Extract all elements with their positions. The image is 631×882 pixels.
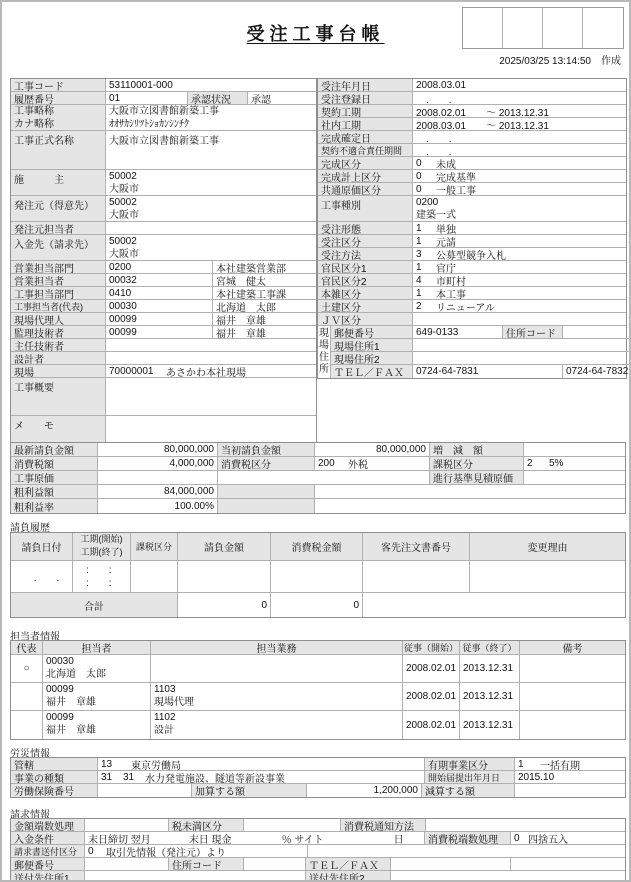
memo-label: メ モ: [11, 416, 106, 443]
stamp-box: [503, 8, 543, 48]
shouhizei-kubun-code: 200: [318, 458, 348, 469]
field-hacchuumoto-tantou: 発注元担当者: [11, 222, 316, 235]
soufu-fax-value: [511, 858, 625, 870]
field-keijou-kubun: 完成計上区分 0完成基準: [318, 170, 626, 183]
kana-ryakushou-value: ｵｵｻｶｼﾘﾂﾄｼｮｶﾝｼﾝﾁｸ: [106, 118, 316, 131]
yuuki-jigyou-code: 1: [518, 759, 540, 770]
eigyou-tantou-name: 宮城 健太: [213, 274, 316, 286]
arari-ritsu-value: 100.00%: [98, 499, 218, 513]
arari-gaku-value: 84,000,000: [98, 485, 218, 498]
genba-juusho-2-value: [413, 352, 631, 364]
tantousha-header-daihyou: 代表: [11, 641, 43, 654]
kouji-bumon-code: 0410: [106, 287, 213, 299]
field-eigyou-tantou: 営業担当者 00032 宮城 健太: [11, 274, 316, 287]
tantousha-row: ○ 00030 北海道 太郎 2008.02.01 2013.12.31: [11, 655, 625, 683]
memo-value: [106, 416, 316, 443]
kanri-gijutsusha-name: 福井 章雄: [213, 326, 316, 338]
genba-juusho-code-value: [563, 326, 631, 338]
kazei-kubun-value: 25%: [524, 457, 625, 470]
field-kanmin-kubun-1: 官民区分1 1官庁: [318, 261, 626, 274]
field-genba-telfax: ＴＥＬ／ＦＡＸ 0724-64-7831 0724-64-7832: [331, 365, 631, 378]
kanri-gijutsusha-code: 00099: [106, 326, 213, 338]
seikyuu-row-4: 郵便番号 住所コード ＴＥＬ／ＦＡＸ: [11, 858, 625, 871]
ukeoi-empty-kingaku: [178, 561, 271, 592]
tantousha-person: 00099 福井 章雄: [43, 711, 151, 739]
amounts-row3-spacer: [218, 471, 430, 484]
kansei-kakutei-label: 完成確定日: [318, 131, 413, 143]
kazei-kubun-code: 2: [527, 458, 549, 469]
juchuu-houhou-label: 受注方法: [318, 248, 413, 260]
juchuu-keitai-label: 受注形態: [318, 222, 413, 234]
tousho-ukeoi-value: 80,000,000: [315, 443, 430, 456]
field-genba-juusho-2: 現場住所2: [331, 352, 631, 365]
shouhizei-tsuuchi-label: 消費税通知方法: [341, 819, 426, 831]
arari-gaku-label: 粗利益額: [11, 485, 98, 498]
tantousha-end: 2013.12.31: [460, 711, 520, 739]
kouji-genka-value: [98, 471, 218, 484]
kansei-kubun-value: 0未成: [413, 157, 626, 169]
doken-kubun-name: リニューアル: [436, 300, 495, 312]
nyuukin-saki-code: 50002: [106, 235, 316, 248]
soufu-tel-value: [391, 858, 511, 870]
kanmin-kubun-2-code: 4: [416, 275, 436, 286]
kanmin-kubun-1-label: 官民区分1: [318, 261, 413, 273]
zougen-gaku-label: 増 減 額: [430, 443, 524, 456]
zei-miman-value: [244, 819, 341, 831]
ukeoi-header-kouki: 工期(開始) 工期(終了): [73, 533, 131, 560]
honzatsu-kubun-code: 1: [416, 288, 436, 299]
field-juchuu-kubun: 受注区分 1元請: [318, 235, 626, 248]
field-sekkeisha: 設計者: [11, 352, 316, 365]
genba-juusho-vertical-label: 現場住所: [318, 326, 331, 378]
soufu-kubun-label: 請求書送付区分: [11, 845, 85, 857]
eigyou-bumon-name: 本社建築営業部: [213, 261, 316, 273]
hacchuumoto-tantou-label: 発注元担当者: [11, 222, 106, 234]
field-seishiki-meishou: 工事正式名称 大阪市立図書館新築工事: [11, 131, 316, 170]
juchuu-touroku-label: 受注登録日: [318, 92, 413, 104]
seikyuu-row-3: 請求書送付区分 0取引先情報（発注元）より: [11, 845, 625, 858]
tantousha-gyoumu: 1102 設計: [151, 711, 403, 739]
juchuu-ymd-value: 2008.03.01: [413, 79, 626, 91]
tantousha-row: 00099 福井 章雄 1103 現場代理 2008.02.01 2013.12…: [11, 683, 625, 711]
shanai-kouki-label: 社内工期: [318, 118, 413, 130]
field-nyuukin-saki: 入金先（請求先） 50002 大阪市: [11, 235, 316, 261]
ukeoi-empty-kouki: : : : :: [73, 561, 131, 592]
genba-label: 現場: [11, 365, 106, 377]
tantousha-bikou: [520, 711, 625, 739]
kouji-bumon-name: 本社建築工事課: [213, 287, 316, 299]
jv-kubun-label: ＪＶ区分: [318, 313, 413, 325]
kingaku-hasuu-value: [85, 819, 169, 831]
rousai-row-kankatsu: 管轄 13東京労働局 有期事業区分 1一括有期: [11, 758, 625, 771]
sekkeisha-label: 設計者: [11, 352, 106, 364]
genba-dairinin-name: 福井 章雄: [213, 313, 316, 325]
tantousha-bikou: [520, 655, 625, 682]
nyuukin-jouken-value: 末日締切 翌月 末日 現金 ％ サイト 日: [85, 832, 425, 844]
keijou-kubun-value: 0完成基準: [413, 170, 626, 182]
keijou-kubun-label: 完成計上区分: [318, 170, 413, 182]
field-honzatsu-kubun: 本雑区分 1本工事: [318, 287, 626, 300]
soufu-kubun-value: 0取引先情報（発注元）より: [85, 845, 308, 857]
futekigou-kikan-label: 契約不適合責任期間: [318, 144, 413, 156]
kansei-kakutei-value: . .: [413, 131, 626, 143]
stamp-box: [543, 8, 583, 48]
genba-dairinin-code: 00099: [106, 313, 213, 325]
tantousha-gyoumu: [151, 655, 403, 682]
ukeoi-header-zei: 消費税金額: [271, 533, 363, 560]
approval-stamp-boxes: [462, 7, 624, 49]
seikyuu-row-2: 入金条件 末日締切 翌月 末日 現金 ％ サイト 日 消費税端数処理 0四捨五入: [11, 832, 625, 845]
field-kanri-gijutsusha: 監理技術者 00099 福井 章雄: [11, 326, 316, 339]
kouji-code-label: 工事コード: [11, 79, 106, 91]
hacchuumoto-code: 50002: [106, 196, 316, 209]
ukeoi-empty-riyuu: [470, 561, 625, 592]
kanmin-kubun-2-value: 4市町村: [413, 274, 626, 286]
kouji-tantou-code: 00030: [106, 300, 213, 312]
created-timestamp: 2025/03/25 13:14:50 作成: [499, 52, 621, 67]
jigyou-shurui-label: 事業の種類: [11, 771, 98, 783]
rousai-row-shurui: 事業の種類 3131水力発電施設、隧道等新設事業 開始届提出年月日 2015.1…: [11, 771, 625, 784]
field-shunin-gijutsusha: 主任技術者: [11, 339, 316, 352]
shouhizei-kubun-value: 200外税: [315, 457, 430, 470]
field-kouji-bumon: 工事担当部門 0410 本社建築工事課: [11, 287, 316, 300]
tantousha-header-gyoumu: 担当業務: [151, 641, 403, 654]
main-info-left-table: 工事コード 53110001-000 履歴番号 01 承認状況 承認 工事略称 …: [10, 78, 317, 444]
gensan-value: [515, 784, 625, 797]
eigyou-tantou-code: 00032: [106, 274, 213, 286]
field-keiyaku-kouki: 契約工期 2008.02.01 ～ 2013.12.31: [318, 105, 626, 118]
genba-juusho-1-label: 現場住所1: [331, 339, 413, 351]
genba-juusho-2-label: 現場住所2: [331, 352, 413, 364]
genba-yuubin-label: 郵便番号: [331, 326, 413, 338]
kasan-label: 加算する額: [192, 784, 307, 797]
juchuu-kubun-label: 受注区分: [318, 235, 413, 247]
tantousha-code: 00099: [43, 711, 150, 724]
field-eigyou-bumon: 営業担当部門 0200 本社建築営業部: [11, 261, 316, 274]
ukeoi-empty-row: . . : : : :: [11, 561, 625, 593]
kankatsu-label: 管轄: [11, 758, 98, 770]
juchuu-ymd-label: 受注年月日: [318, 79, 413, 91]
tantousha-daihyou-mark: [11, 683, 43, 710]
shinkou-kijun-value: [524, 471, 625, 484]
tantousha-end: 2013.12.31: [460, 683, 520, 710]
field-kouji-tantou: 工事担当者(代表) 00030 北海道 太郎: [11, 300, 316, 313]
kanmin-kubun-2-name: 市町村: [436, 274, 466, 286]
tantousha-header-tantousha: 担当者: [43, 641, 151, 654]
ukeoi-goukei-label: 合計: [11, 593, 178, 617]
field-ryakushou: 工事略称 カナ略称 大阪市立図書館新築工事 ｵｵｻｶｼﾘﾂﾄｼｮｶﾝｼﾝﾁｸ: [11, 105, 316, 131]
field-juchuu-touroku: 受注登録日 . .: [318, 92, 626, 105]
ukeoi-rireki-table: 請負日付 工期(開始) 工期(終了) 課税区分 請負金額 消費税金額 客先注文書…: [10, 532, 626, 618]
tantousha-header-end: 従事（終了）: [460, 641, 520, 654]
field-kyoutsuu-genka: 共通原価区分 0一般工事: [318, 183, 626, 196]
gensan-label: 減算する額: [422, 784, 515, 797]
field-genba-yuubin: 郵便番号 649-0133 住所コード: [331, 326, 631, 339]
seikyuu-row-5: 送付先住所1 送付先住所2: [11, 871, 625, 882]
soufu-telfax-label: ＴＥＬ／ＦＡＸ: [306, 858, 391, 870]
ukeoi-goukei-rest: [363, 593, 625, 617]
eigyou-bumon-label: 営業担当部門: [11, 261, 106, 273]
seishiki-label: 工事正式名称: [11, 131, 106, 169]
ryakushou-labels: 工事略称 カナ略称: [11, 105, 106, 130]
tousho-ukeoi-label: 当初請負金額: [218, 443, 315, 456]
order-construction-ledger-page: 受注工事台帳 2025/03/25 13:14:50 作成 工事コード 5311…: [0, 0, 631, 882]
ukeoi-empty-kazei: [131, 561, 178, 592]
kazei-kubun-label: 課税区分: [430, 457, 524, 470]
kouji-tantou-label: 工事担当者(代表): [11, 300, 106, 312]
kouji-ryakushou-label: 工事略称: [11, 105, 105, 118]
soufu-juusho-1-value: [85, 871, 306, 882]
tantousha-bikou: [520, 683, 625, 710]
eigyou-tantou-label: 営業担当者: [11, 274, 106, 286]
hacchuumoto-name: 大阪市: [106, 209, 316, 222]
seshu-code: 50002: [106, 170, 316, 183]
soufu-juusho-code-label: 住所コード: [169, 858, 244, 870]
field-genba-juusho-block: 現場住所 郵便番号 649-0133 住所コード 現場住所1 現場住所2: [318, 326, 626, 378]
field-jv-kubun: ＪＶ区分: [318, 313, 626, 326]
shouhizei-hasuu-value: 0四捨五入: [511, 832, 625, 844]
rireki-label: 履歴番号: [11, 92, 106, 104]
kanmin-kubun-1-name: 官庁: [436, 261, 456, 273]
field-genba-juusho-1: 現場住所1: [331, 339, 631, 352]
genba-name: あさかわ本社現場: [163, 365, 316, 377]
tantousha-code: 00030: [43, 655, 150, 668]
genba-fax-value: 0724-64-7832: [563, 365, 631, 378]
kanmin-kubun-2-label: 官民区分2: [318, 274, 413, 286]
field-futekigou-kikan: 契約不適合責任期間 . .: [318, 144, 626, 157]
kouji-gaiyou-label: 工事概要: [11, 378, 106, 415]
amounts-row4-spacer: [315, 485, 625, 498]
kingaku-hasuu-label: 金額端数処理: [11, 819, 85, 831]
field-hacchuumoto: 発注元（得意先） 50002 大阪市: [11, 196, 316, 222]
keiyaku-kouki-value: 2008.02.01 ～ 2013.12.31: [413, 105, 626, 117]
roudou-hoken-label: 労働保険番号: [11, 784, 98, 797]
shinkou-kijun-label: 進行基準見積原価: [430, 471, 524, 484]
kankatsu-value: 13東京労働局: [98, 758, 425, 770]
tantousha-start: 2008.02.01: [403, 683, 460, 710]
tantousha-end: 2013.12.31: [460, 655, 520, 682]
seshu-label: 施 主: [11, 170, 106, 195]
eigyou-bumon-code: 0200: [106, 261, 213, 273]
ukeoi-goukei-row: 合計 0 0: [11, 593, 625, 617]
nyuukin-saki-label: 入金先（請求先）: [11, 235, 106, 260]
shunin-gijutsusha-label: 主任技術者: [11, 339, 106, 351]
kyoutsuu-genka-name: 一般工事: [436, 183, 476, 195]
kanri-gijutsusha-label: 監理技術者: [11, 326, 106, 338]
shouhizei-gaku-label: 消費税額: [11, 457, 98, 470]
seikyuu-row-1: 金額端数処理 税未満区分 消費税通知方法: [11, 819, 625, 832]
ukeoi-empty-zei: [271, 561, 363, 592]
ukeoi-header-kazei: 課税区分: [131, 533, 178, 560]
kouji-ryakushou-value: 大阪市立図書館新築工事: [106, 105, 316, 118]
doken-kubun-code: 2: [416, 301, 436, 312]
soufu-juusho-1-label: 送付先住所1: [11, 871, 85, 882]
shouhizei-kubun-label: 消費税区分: [218, 457, 315, 470]
field-juchuu-keitai: 受注形態 1単独: [318, 222, 626, 235]
ukeoi-goukei-zei: 0: [271, 593, 363, 617]
honzatsu-kubun-value: 1本工事: [413, 287, 626, 299]
nyuukin-saki-value: 50002 大阪市: [106, 235, 316, 260]
field-seshu: 施 主 50002 大阪市: [11, 170, 316, 196]
kouji-shubetsu-value: 0200 建築一式: [413, 196, 626, 221]
soufu-kubun-rest: [308, 845, 625, 857]
kouji-genka-label: 工事原価: [11, 471, 98, 484]
ukeoi-header-riyuu: 変更理由: [470, 533, 625, 560]
tantousha-name: 福井 章雄: [43, 696, 150, 709]
kansei-kubun-label: 完成区分: [318, 157, 413, 169]
seshu-value: 50002 大阪市: [106, 170, 316, 195]
juchuu-keitai-name: 単独: [436, 222, 456, 234]
hacchuumoto-tantou-value: [106, 222, 316, 234]
kouji-bumon-label: 工事担当部門: [11, 287, 106, 299]
kyoutsuu-genka-label: 共通原価区分: [318, 183, 413, 195]
genba-juusho-inner: 郵便番号 649-0133 住所コード 現場住所1 現場住所2 ＴＥＬ／ＦＡＸ …: [331, 326, 631, 378]
field-kouji-shubetsu: 工事種別 0200 建築一式: [318, 196, 626, 222]
genba-yuubin-value: 649-0133: [413, 326, 503, 338]
rireki-value: 01: [106, 92, 188, 104]
juchuu-touroku-value: . .: [413, 92, 626, 104]
stamp-box: [463, 8, 503, 48]
doken-kubun-value: 2リニューアル: [413, 300, 626, 312]
kansei-kubun-name: 未成: [436, 157, 456, 169]
shouhizei-gaku-value: 4,000,000: [98, 457, 218, 470]
zougen-gaku-value: [524, 443, 625, 456]
keijou-kubun-name: 完成基準: [436, 170, 476, 182]
amounts-row4-gray: [218, 485, 315, 498]
shounin-joukyou-label: 承認状況: [188, 92, 248, 104]
futekigou-kikan-value: . .: [413, 144, 626, 156]
amounts-row-1: 最新請負金額 80,000,000 当初請負金額 80,000,000 増 減 …: [11, 443, 625, 457]
amounts-row5-spacer: [315, 499, 625, 513]
keiyaku-kouki-label: 契約工期: [318, 105, 413, 117]
field-genba: 現場 70000001 あさかわ本社現場: [11, 365, 316, 378]
tantousha-gyoumu: 1103 現場代理: [151, 683, 403, 710]
nyuukin-jouken-label: 入金条件: [11, 832, 85, 844]
field-shanai-kouki: 社内工期 2008.03.01 ～ 2013.12.31: [318, 118, 626, 131]
main-info-right-table: 受注年月日 2008.03.01 受注登録日 . . 契約工期 2008.02.…: [317, 78, 627, 379]
ukeoi-header-date: 請負日付: [11, 533, 73, 560]
genba-telfax-label: ＴＥＬ／ＦＡＸ: [331, 365, 413, 378]
shouhizei-tsuuchi-value: [426, 819, 625, 831]
tantousha-daihyou-mark: [11, 711, 43, 739]
field-juchuu-ymd: 受注年月日 2008.03.01: [318, 79, 626, 92]
amounts-table: 最新請負金額 80,000,000 当初請負金額 80,000,000 増 減 …: [10, 442, 626, 514]
kanmin-kubun-1-value: 1官庁: [413, 261, 626, 273]
juchuu-keitai-value: 1単独: [413, 222, 626, 234]
juchuu-keitai-code: 1: [416, 223, 436, 234]
genba-juusho-code-label: 住所コード: [503, 326, 563, 338]
kyoutsuu-genka-value: 0一般工事: [413, 183, 626, 195]
ryakushou-values: 大阪市立図書館新築工事 ｵｵｻｶｼﾘﾂﾄｼｮｶﾝｼﾝﾁｸ: [106, 105, 316, 130]
shouhizei-kubun-name: 外税: [348, 457, 368, 470]
kouji-shubetsu-label: 工事種別: [318, 196, 413, 221]
hacchuumoto-value: 50002 大阪市: [106, 196, 316, 221]
kasan-value: 1,200,000: [307, 784, 422, 797]
kouji-shubetsu-code: 0200: [413, 196, 626, 209]
field-kouji-gaiyou: 工事概要: [11, 378, 316, 416]
ukeoi-header-chuumon: 客先注文書番号: [363, 533, 470, 560]
juchuu-kubun-name: 元請: [436, 235, 456, 247]
jv-kubun-value: [413, 313, 626, 325]
juchuu-kubun-value: 1元請: [413, 235, 626, 247]
stamp-box: [583, 8, 623, 48]
yuuki-jigyou-name: 一括有期: [540, 758, 580, 770]
kankatsu-code: 13: [101, 759, 131, 770]
tantousha-person: 00099 福井 章雄: [43, 683, 151, 710]
soufu-yuubin-label: 郵便番号: [11, 858, 85, 870]
juchuu-houhou-value: 3公募型競争入札: [413, 248, 626, 260]
rousai-table: 管轄 13東京労働局 有期事業区分 1一括有期 事業の種類 3131水力発電施設…: [10, 757, 626, 798]
ukeoi-header-kingaku: 請負金額: [178, 533, 271, 560]
genba-code: 70000001: [106, 365, 163, 377]
amounts-row-3: 工事原価 進行基準見積原価: [11, 471, 625, 485]
kankatsu-name: 東京労働局: [131, 758, 181, 770]
honzatsu-kubun-name: 本工事: [436, 287, 466, 299]
ukeoi-empty-date: . .: [11, 561, 73, 592]
field-juchuu-houhou: 受注方法 3公募型競争入札: [318, 248, 626, 261]
tantousha-daihyou-mark: ○: [11, 655, 43, 682]
tantousha-start: 2008.02.01: [403, 711, 460, 739]
jigyou-shurui-value: 3131水力発電施設、隧道等新設事業: [98, 771, 425, 783]
tantousha-name: 北海道 太郎: [43, 668, 150, 681]
ukeoi-goukei-kingaku: 0: [178, 593, 271, 617]
tantousha-row: 00099 福井 章雄 1102 設計 2008.02.01 2013.12.3…: [11, 711, 625, 739]
tantousha-header-row: 代表 担当者 担当業務 従事（開始） 従事（終了） 備考: [11, 641, 625, 655]
field-kansei-kubun: 完成区分 0未成: [318, 157, 626, 170]
tantousha-start: 2008.02.01: [403, 655, 460, 682]
ukeoi-empty-chuumon: [363, 561, 470, 592]
kaishi-todoke-label: 開始届提出年月日: [425, 771, 515, 783]
kanmin-kubun-1-code: 1: [416, 262, 436, 273]
tantousha-header-bikou: 備考: [520, 641, 625, 654]
nyuukin-saki-name: 大阪市: [106, 248, 316, 261]
juchuu-houhou-name: 公募型競争入札: [436, 248, 506, 260]
seishiki-value: 大阪市立図書館新築工事: [106, 131, 316, 169]
field-doken-kubun: 土建区分 2リニューアル: [318, 300, 626, 313]
tantousha-name: 福井 章雄: [43, 724, 150, 737]
arari-ritsu-label: 粗利益率: [11, 499, 98, 513]
juchuu-houhou-code: 3: [416, 249, 436, 260]
seikyuu-table: 金額端数処理 税未満区分 消費税通知方法 入金条件 末日締切 翌月 末日 現金 …: [10, 818, 626, 882]
kansei-kubun-code: 0: [416, 158, 436, 169]
genba-dairinin-label: 現場代理人: [11, 313, 106, 325]
roudou-hoken-value: [98, 784, 192, 797]
tantousha-code: 00099: [43, 683, 150, 696]
kyoutsuu-genka-code: 0: [416, 184, 436, 195]
soufu-juusho-code-value: [244, 858, 306, 870]
hacchuumoto-label: 発注元（得意先）: [11, 196, 106, 221]
field-kanmin-kubun-2: 官民区分2 4市町村: [318, 274, 626, 287]
amounts-row5-gray: [218, 499, 315, 513]
genba-tel-value: 0724-64-7831: [413, 365, 563, 378]
field-rireki-bangou: 履歴番号 01 承認状況 承認: [11, 92, 316, 105]
shounin-joukyou-value: 承認: [248, 92, 316, 104]
saishin-ukeoi-value: 80,000,000: [98, 443, 218, 456]
amounts-row-5: 粗利益率 100.00%: [11, 499, 625, 513]
rousai-row-hoken: 労働保険番号 加算する額 1,200,000 減算する額: [11, 784, 625, 797]
kana-ryakushou-label: カナ略称: [11, 118, 105, 131]
keijou-kubun-code: 0: [416, 171, 436, 182]
honzatsu-kubun-label: 本雑区分: [318, 287, 413, 299]
tantousha-person: 00030 北海道 太郎: [43, 655, 151, 682]
tantousha-header-start: 従事（開始）: [403, 641, 460, 654]
field-kouji-code: 工事コード 53110001-000: [11, 79, 316, 92]
amounts-row-4: 粗利益額 84,000,000: [11, 485, 625, 499]
amounts-row-2: 消費税額 4,000,000 消費税区分 200外税 課税区分 25%: [11, 457, 625, 471]
kazei-kubun-name: 5%: [549, 458, 563, 469]
field-memo: メ モ: [11, 416, 316, 443]
shouhizei-hasuu-label: 消費税端数処理: [425, 832, 511, 844]
